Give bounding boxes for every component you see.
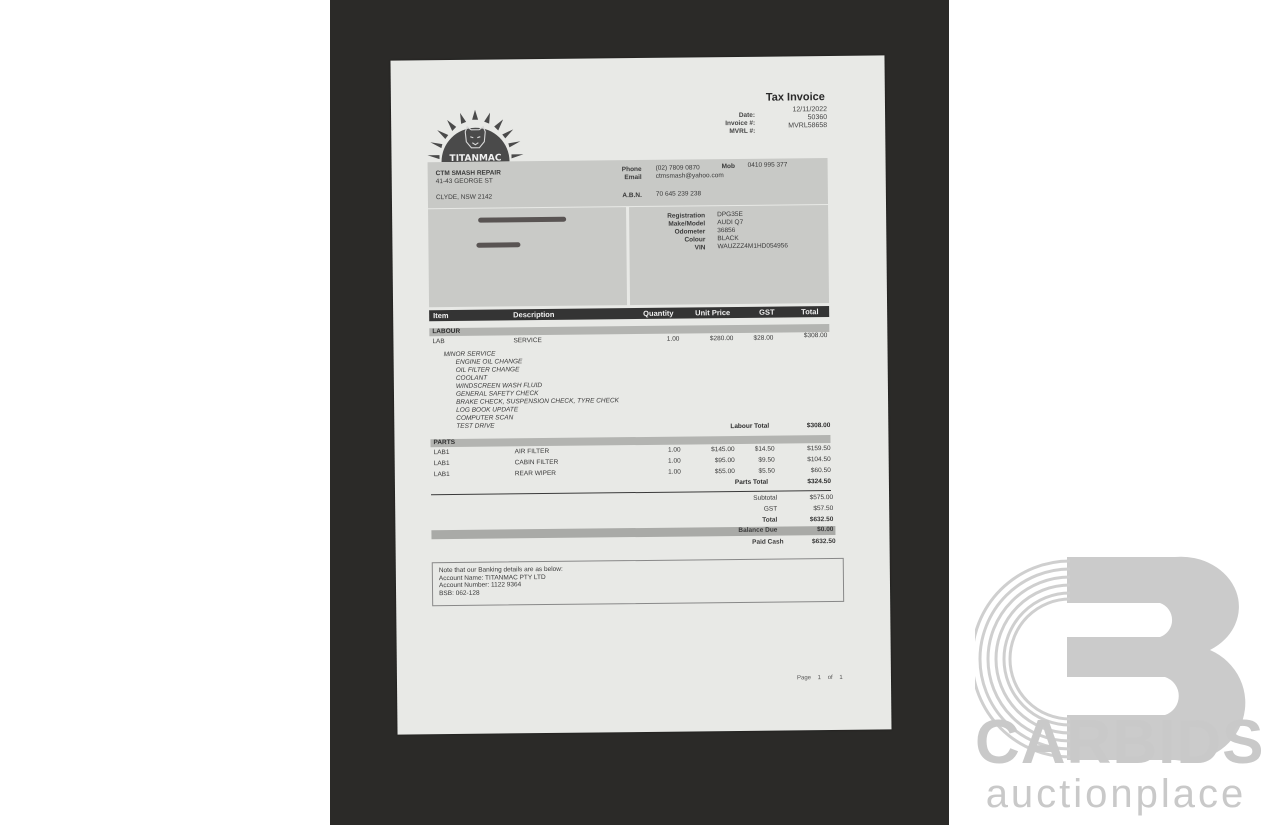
subtotal-value: $575.00	[787, 494, 833, 501]
cell-item: LAB1	[434, 460, 450, 467]
cell-gst: $28.00	[735, 335, 773, 342]
cell-gst: $9.50	[737, 457, 775, 464]
cell-unit-price: $95.00	[693, 457, 735, 464]
total-label: Total	[721, 517, 777, 525]
gst-label: GST	[721, 506, 777, 514]
subtotal-label: Subtotal	[721, 495, 777, 503]
invoice-paper: TITANMAC Tax Invoice Date: Invoice #: MV…	[390, 55, 891, 734]
watermark-brand: CARBIDS	[975, 712, 1257, 774]
table-row: LAB SERVICE 1.00 $280.00 $28.00 $308.00	[429, 334, 829, 347]
total-value: $632.50	[787, 516, 833, 523]
banking-details: Note that our Banking details are as bel…	[432, 558, 844, 606]
header-item: Item	[433, 311, 449, 320]
company-band: CTM SMASH REPAIR 41-43 GEORGE ST CLYDE, …	[428, 158, 828, 208]
page-current: 1	[818, 675, 821, 681]
company-address: CTM SMASH REPAIR 41-43 GEORGE ST CLYDE, …	[436, 169, 502, 202]
parts-section-title: PARTS	[433, 439, 455, 446]
parts-total-row: Parts Total $324.50	[431, 478, 831, 491]
cell-total: $159.50	[787, 445, 831, 452]
cell-total: $104.50	[787, 456, 831, 463]
cell-total: $60.50	[787, 467, 831, 474]
redacted-customer-line	[478, 217, 566, 223]
balance-due-value: $0.00	[787, 526, 833, 533]
cell-unit-price: $145.00	[693, 446, 735, 453]
paid-cash-row: Paid Cash $632.50	[432, 537, 836, 551]
parts-total-value: $324.50	[787, 478, 831, 485]
meta-labels: Date: Invoice #: MVRL #:	[703, 112, 755, 137]
paid-cash-label: Paid Cash	[702, 539, 784, 547]
meta-values: 12/11/2022 50360 MVRL58658	[771, 106, 827, 131]
parts-total-label: Parts Total	[735, 479, 768, 486]
titanmac-logo-icon: TITANMAC	[427, 109, 524, 166]
header-description: Description	[513, 310, 554, 319]
cell-quantity: 1.00	[651, 469, 681, 476]
page-total: 1	[839, 675, 842, 681]
service-notes: MINOR SERVICE ENGINE OIL CHANGE OIL FILT…	[444, 349, 620, 431]
mvrl-label: MVRL #:	[703, 128, 755, 137]
page-label: Page	[797, 675, 811, 681]
mvrl-number: MVRL58658	[771, 122, 827, 131]
vehicle-labels: Registration Make/Model Odometer Colour …	[641, 212, 705, 253]
watermark-tagline: auctionplace	[975, 772, 1257, 816]
balance-due-label: Balance Due	[701, 527, 777, 535]
cell-item: LAB1	[434, 471, 450, 478]
cell-gst: $5.50	[737, 468, 775, 475]
contact-labels: Phone Email	[608, 166, 642, 182]
vin-value: WAUZZZ4M1HD054956	[717, 242, 788, 251]
mob-label: Mob	[722, 163, 735, 170]
header-unit-price: Unit Price	[695, 308, 730, 317]
labour-total-label: Labour Total	[730, 423, 769, 430]
header-quantity: Quantity	[643, 309, 674, 318]
table-header: Item Description Quantity Unit Price GST…	[429, 306, 829, 321]
company-street: 41-43 GEORGE ST	[436, 177, 501, 186]
gst-value: $57.50	[787, 505, 833, 512]
header-gst: GST	[759, 308, 775, 317]
vehicle-panel: Registration Make/Model Odometer Colour …	[629, 205, 829, 305]
redacted-customer-line	[476, 242, 520, 247]
labour-total-value: $308.00	[786, 422, 830, 429]
abn-value: 70 645 239 238	[656, 190, 701, 197]
cell-description: AIR FILTER	[515, 448, 550, 455]
cell-unit-price: $280.00	[691, 335, 733, 342]
page-of: of	[828, 675, 833, 681]
cell-unit-price: $55.00	[693, 468, 735, 475]
vehicle-values: DPG35E AUDI Q7 36856 BLACK WAUZZZ4M1HD05…	[717, 210, 788, 251]
document-title: Tax Invoice	[766, 91, 825, 104]
customer-panel	[428, 207, 627, 307]
cell-description: REAR WIPER	[515, 470, 556, 477]
paid-cash-value: $632.50	[790, 538, 836, 545]
cell-total: $308.00	[785, 332, 827, 339]
mob-value: 0410 995 377	[748, 161, 788, 168]
abn-label: A.B.N.	[608, 192, 642, 199]
cell-description: CABIN FILTER	[515, 459, 559, 466]
contact-values: (02) 7809 0870 ctmsmash@yahoo.com	[656, 164, 724, 181]
page-indicator: Page 1 of 1	[797, 675, 843, 681]
header-total: Total	[801, 307, 818, 316]
cell-description: SERVICE	[513, 337, 541, 344]
cell-quantity: 1.00	[651, 458, 681, 465]
cell-item: LAB	[432, 338, 444, 345]
cell-quantity: 1.00	[649, 336, 679, 343]
labour-section-title: LABOUR	[432, 328, 460, 335]
email-value: ctmsmash@yahoo.com	[656, 172, 724, 181]
cell-item: LAB1	[434, 449, 450, 456]
vin-label: VIN	[641, 244, 705, 253]
cell-quantity: 1.00	[651, 447, 681, 454]
cell-gst: $14.50	[737, 446, 775, 453]
company-city: CLYDE, NSW 2142	[436, 193, 501, 202]
email-label: Email	[608, 174, 642, 182]
